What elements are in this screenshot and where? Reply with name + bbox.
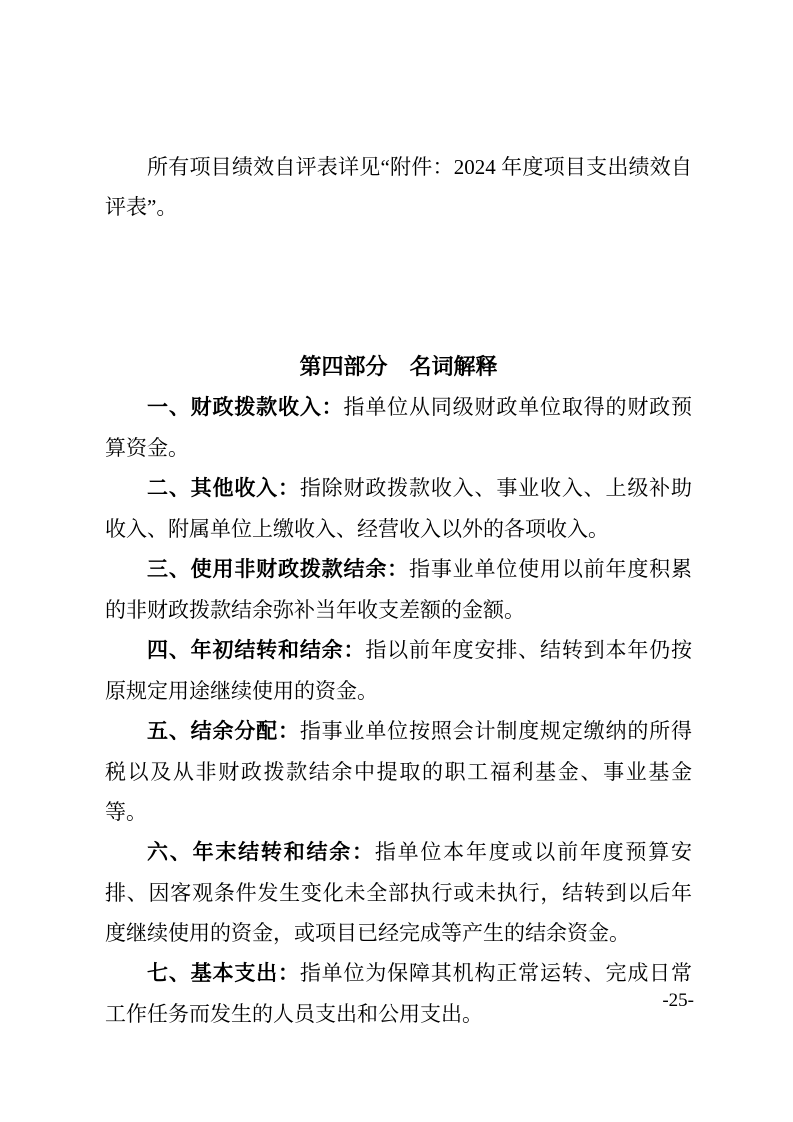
term-item-7: 七、基本支出：指单位为保障其机构正常运转、完成日常工作任务而发生的人员支出和公用… bbox=[105, 953, 692, 1034]
term-name-4: 四、年初结转和结余： bbox=[147, 639, 365, 662]
page-content: 所有项目绩效自评表详见“附件：2024 年度项目支出绩效自评表”。 第四部分 名… bbox=[105, 147, 692, 1034]
intro-paragraph: 所有项目绩效自评表详见“附件：2024 年度项目支出绩效自评表”。 bbox=[105, 147, 692, 227]
term-item-2: 二、其他收入：指除财政拨款收入、事业收入、上级补助收入、附属单位上缴收入、经营收… bbox=[105, 468, 692, 549]
page-number: -25- bbox=[662, 990, 694, 1012]
term-item-5: 五、结余分配：指事业单位按照会计制度规定缴纳的所得税以及从非财政拨款结余中提取的… bbox=[105, 711, 692, 832]
term-item-3: 三、使用非财政拨款结余：指事业单位使用以前年度积累的非财政拨款结余弥补当年收支差… bbox=[105, 549, 692, 630]
term-item-4: 四、年初结转和结余：指以前年度安排、结转到本年仍按原规定用途继续使用的资金。 bbox=[105, 630, 692, 711]
term-item-1: 一、财政拨款收入：指单位从同级财政单位取得的财政预算资金。 bbox=[105, 387, 692, 468]
section-title: 第四部分 名词解释 bbox=[105, 347, 692, 387]
term-item-6: 六、年末结转和结余：指单位本年度或以前年度预算安排、因客观条件发生变化未全部执行… bbox=[105, 832, 692, 953]
term-name-1: 一、财政拨款收入： bbox=[147, 396, 344, 419]
term-name-3: 三、使用非财政拨款结余： bbox=[147, 558, 409, 581]
term-name-2: 二、其他收入： bbox=[147, 477, 300, 500]
term-name-7: 七、基本支出： bbox=[147, 962, 300, 985]
term-name-5: 五、结余分配： bbox=[147, 720, 300, 743]
document-page: 所有项目绩效自评表详见“附件：2024 年度项目支出绩效自评表”。 第四部分 名… bbox=[0, 0, 793, 1122]
term-name-6: 六、年末结转和结余： bbox=[147, 841, 375, 864]
